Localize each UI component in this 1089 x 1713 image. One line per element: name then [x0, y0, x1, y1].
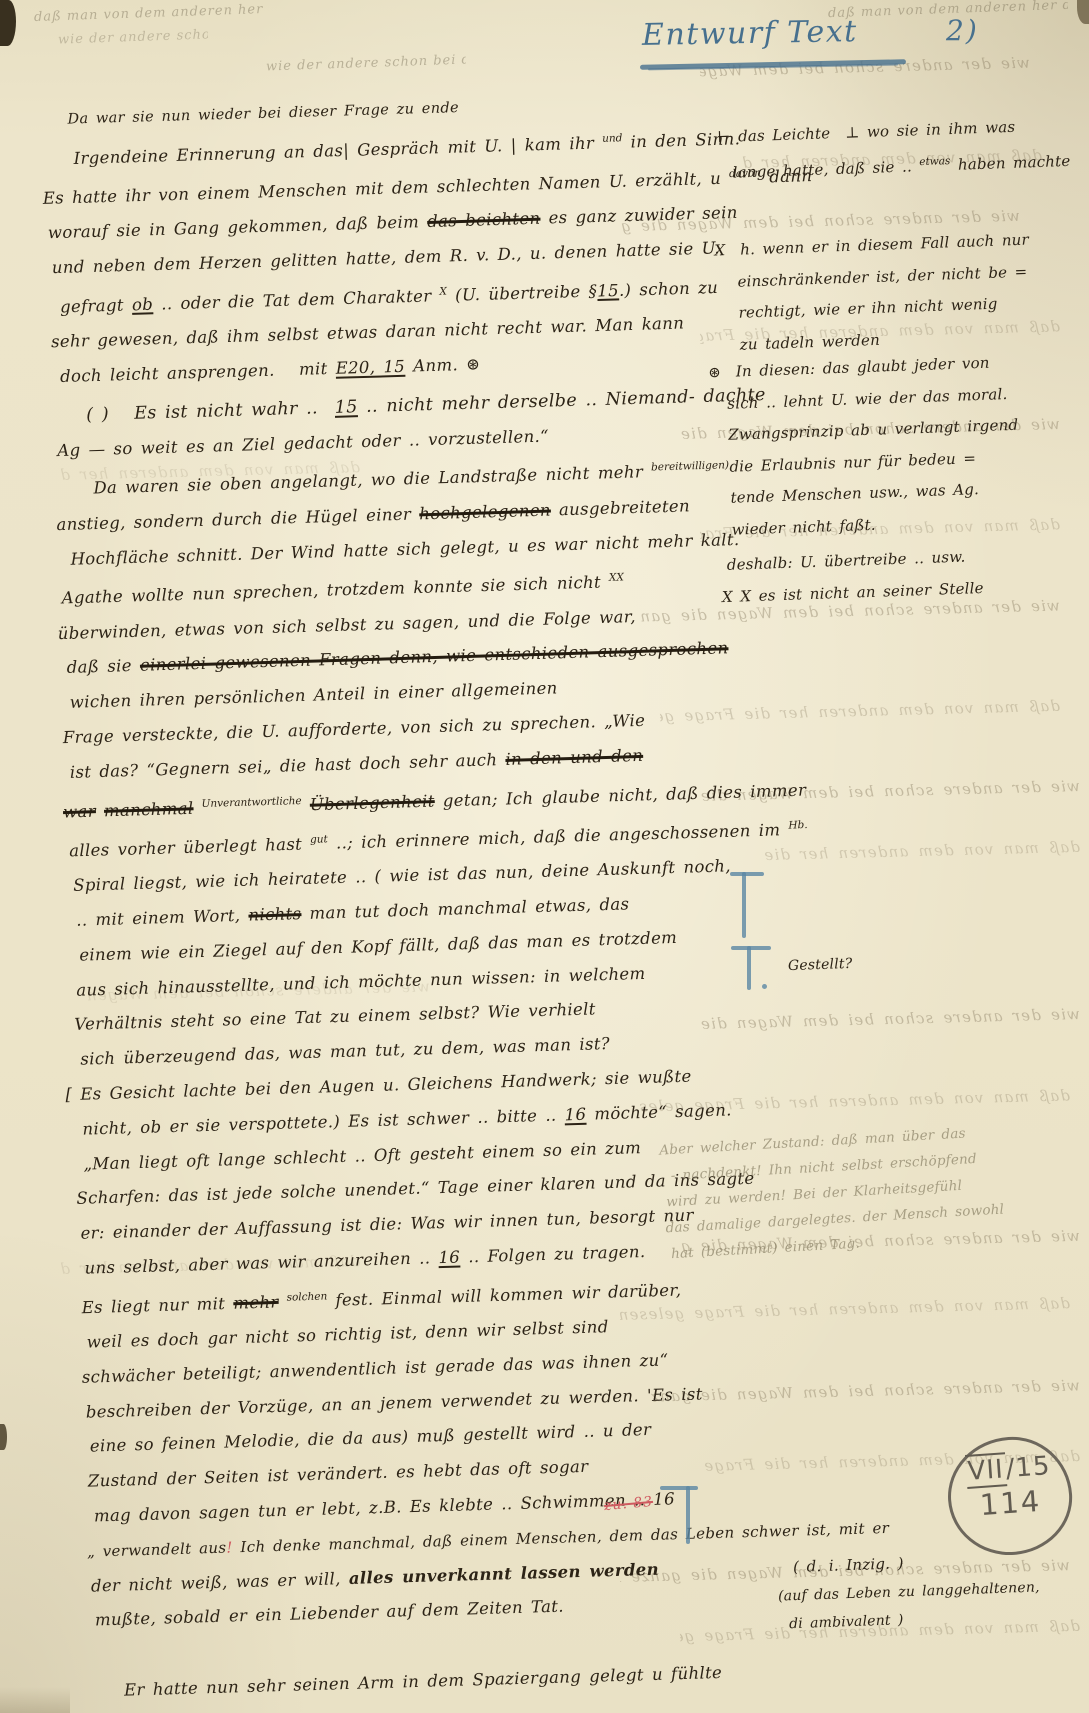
blue-bracket-mark [686, 1486, 690, 1544]
margin-note-faded: Aber welcher Zustand: daß man über das -… [659, 1119, 1007, 1268]
margin-note-top: ⊢ das Leichte ⊥ wo sie in ihm was lange … [717, 110, 1071, 189]
blue-bracket-mark [660, 1486, 698, 1490]
archive-stamp-roman: VII [965, 1452, 1007, 1489]
pencil-scribble: daß man von dem anderen her die Frage ge… [34, 2, 264, 28]
paper-shadow [0, 1687, 70, 1713]
ink-blot [0, 1424, 7, 1450]
main-text-block: Da war sie nun wieder bei dieser Frage z… [22, 83, 769, 1710]
margin-note-circled: ⊛ In diesen: das glaubt jeder von sich .… [708, 347, 1025, 614]
ink-blot [0, 0, 16, 46]
bleedthrough-text: wie der andere schon bei dem Wagen die g… [700, 1005, 1080, 1037]
pencil-scribble: wie der andere schon bei dem Wagen die g… [266, 53, 467, 78]
ink-blot [1077, 0, 1089, 24]
blue-tee-mark [731, 946, 771, 950]
page-number: 2) [946, 14, 979, 47]
margin-note-line: Gestellt? [787, 949, 853, 983]
margin-note-x: X h. wenn er in diesem Fall auch nur ein… [714, 225, 1033, 362]
blue-corner-mark [742, 872, 746, 938]
margin-note-bottom: ( d. i. Inzig. ) (auf das Leben zu langg… [777, 1543, 1042, 1638]
bleedthrough-text: daß man von dem anderen her die Frage ge… [760, 838, 1080, 868]
blue-dot-mark [762, 984, 767, 989]
page-title: Entwurf Text [642, 14, 858, 53]
handwriting-line: Er hatte nun sehr seinen Arm in dem Spaz… [124, 1655, 770, 1709]
bleedthrough-text: wie der andere schon bei dem Wagen die g… [700, 54, 1030, 85]
archive-stamp-slash: /15 [1005, 1451, 1052, 1484]
manuscript-page: wie der andere schon bei dem Wagen die g… [0, 0, 1089, 1713]
pencil-scribble: wie der andere schon bei dem Wagen die g… [58, 27, 209, 50]
blue-tee-mark [747, 946, 751, 990]
margin-note-gestellt: Gestellt? [787, 949, 853, 983]
blue-corner-mark [730, 872, 764, 876]
